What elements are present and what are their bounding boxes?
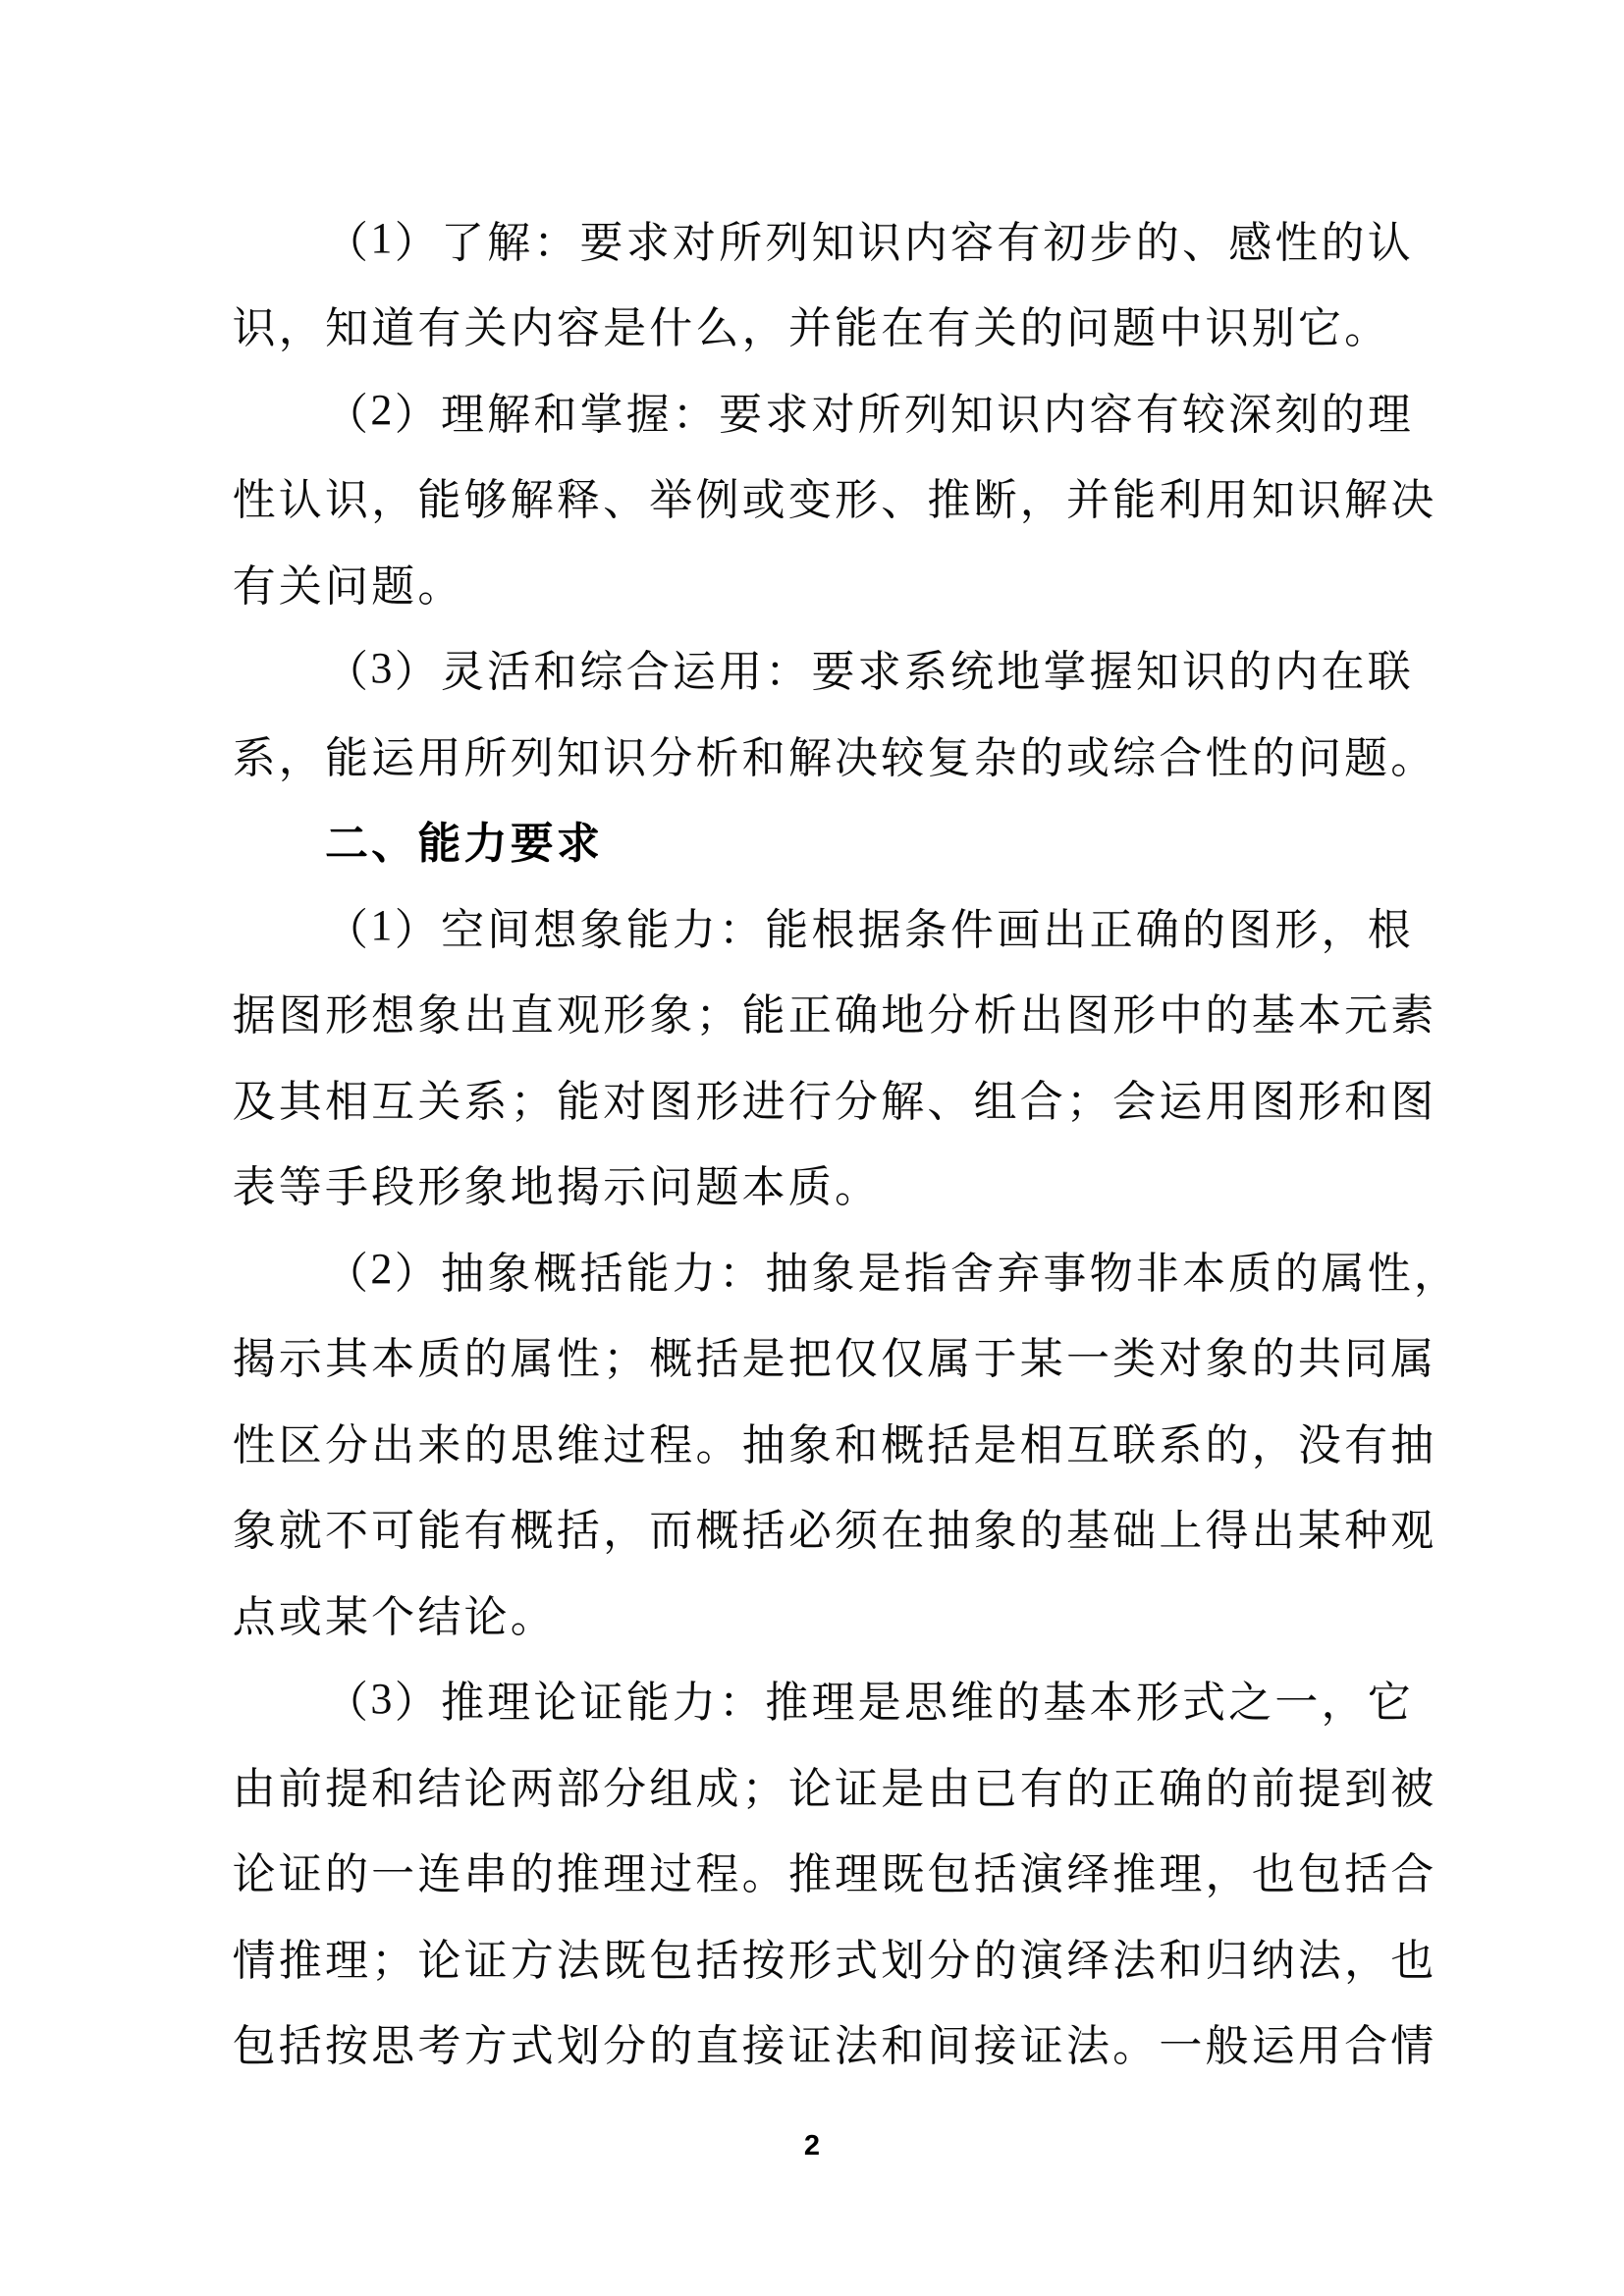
document-page: （1）了解：要求对所列知识内容有初步的、感性的认识，知道有关内容是什么，并能在有… [0,0,1624,2296]
text-line: （1）空间想象能力：能根据条件画出正确的图形，根 [231,882,1474,969]
text-line: 识，知道有关内容是什么，并能在有关的问题中识别它。 [231,282,1474,368]
text-line: 由前提和结论两部分组成；论证是由已有的正确的前提到被 [231,1741,1474,1828]
text-line: （3）灵活和综合运用：要求系统地掌握知识的内在联 [231,625,1474,712]
text-line: （3）推理论证能力：推理是思维的基本形式之一，它 [231,1656,1474,1742]
text-line: （1）了解：要求对所列知识内容有初步的、感性的认 [231,195,1474,282]
text-line: 及其相互关系；能对图形进行分解、组合；会运用图形和图 [231,1054,1474,1141]
text-line: （2）理解和掌握：要求对所列知识内容有较深刻的理 [231,367,1474,454]
page-number: 2 [0,2130,1624,2163]
text-line: 点或某个结论。 [231,1570,1474,1656]
section-heading: 二、能力要求 [231,797,1474,883]
document-body: （1）了解：要求对所列知识内容有初步的、感性的认识，知道有关内容是什么，并能在有… [231,195,1474,2085]
text-line: （2）抽象概括能力：抽象是指舍弃事物非本质的属性， [231,1226,1474,1312]
text-line: 据图形想象出直观形象；能正确地分析出图形中的基本元素 [231,969,1474,1055]
text-line: 性区分出来的思维过程。抽象和概括是相互联系的，没有抽 [231,1398,1474,1484]
text-line: 包括按思考方式划分的直接证法和间接证法。一般运用合情 [231,2000,1474,2086]
text-line: 表等手段形象地揭示问题本质。 [231,1141,1474,1227]
text-line: 性认识，能够解释、举例或变形、推断，并能利用知识解决 [231,454,1474,540]
text-line: 有关问题。 [231,539,1474,625]
text-line: 象就不可能有概括，而概括必须在抽象的基础上得出某种观 [231,1484,1474,1571]
text-line: 情推理；论证方法既包括按形式划分的演绎法和归纳法，也 [231,1913,1474,2000]
text-line: 揭示其本质的属性；概括是把仅仅属于某一类对象的共同属 [231,1312,1474,1399]
text-line: 论证的一连串的推理过程。推理既包括演绎推理，也包括合 [231,1828,1474,1914]
text-line: 系，能运用所列知识分析和解决较复杂的或综合性的问题。 [231,711,1474,797]
